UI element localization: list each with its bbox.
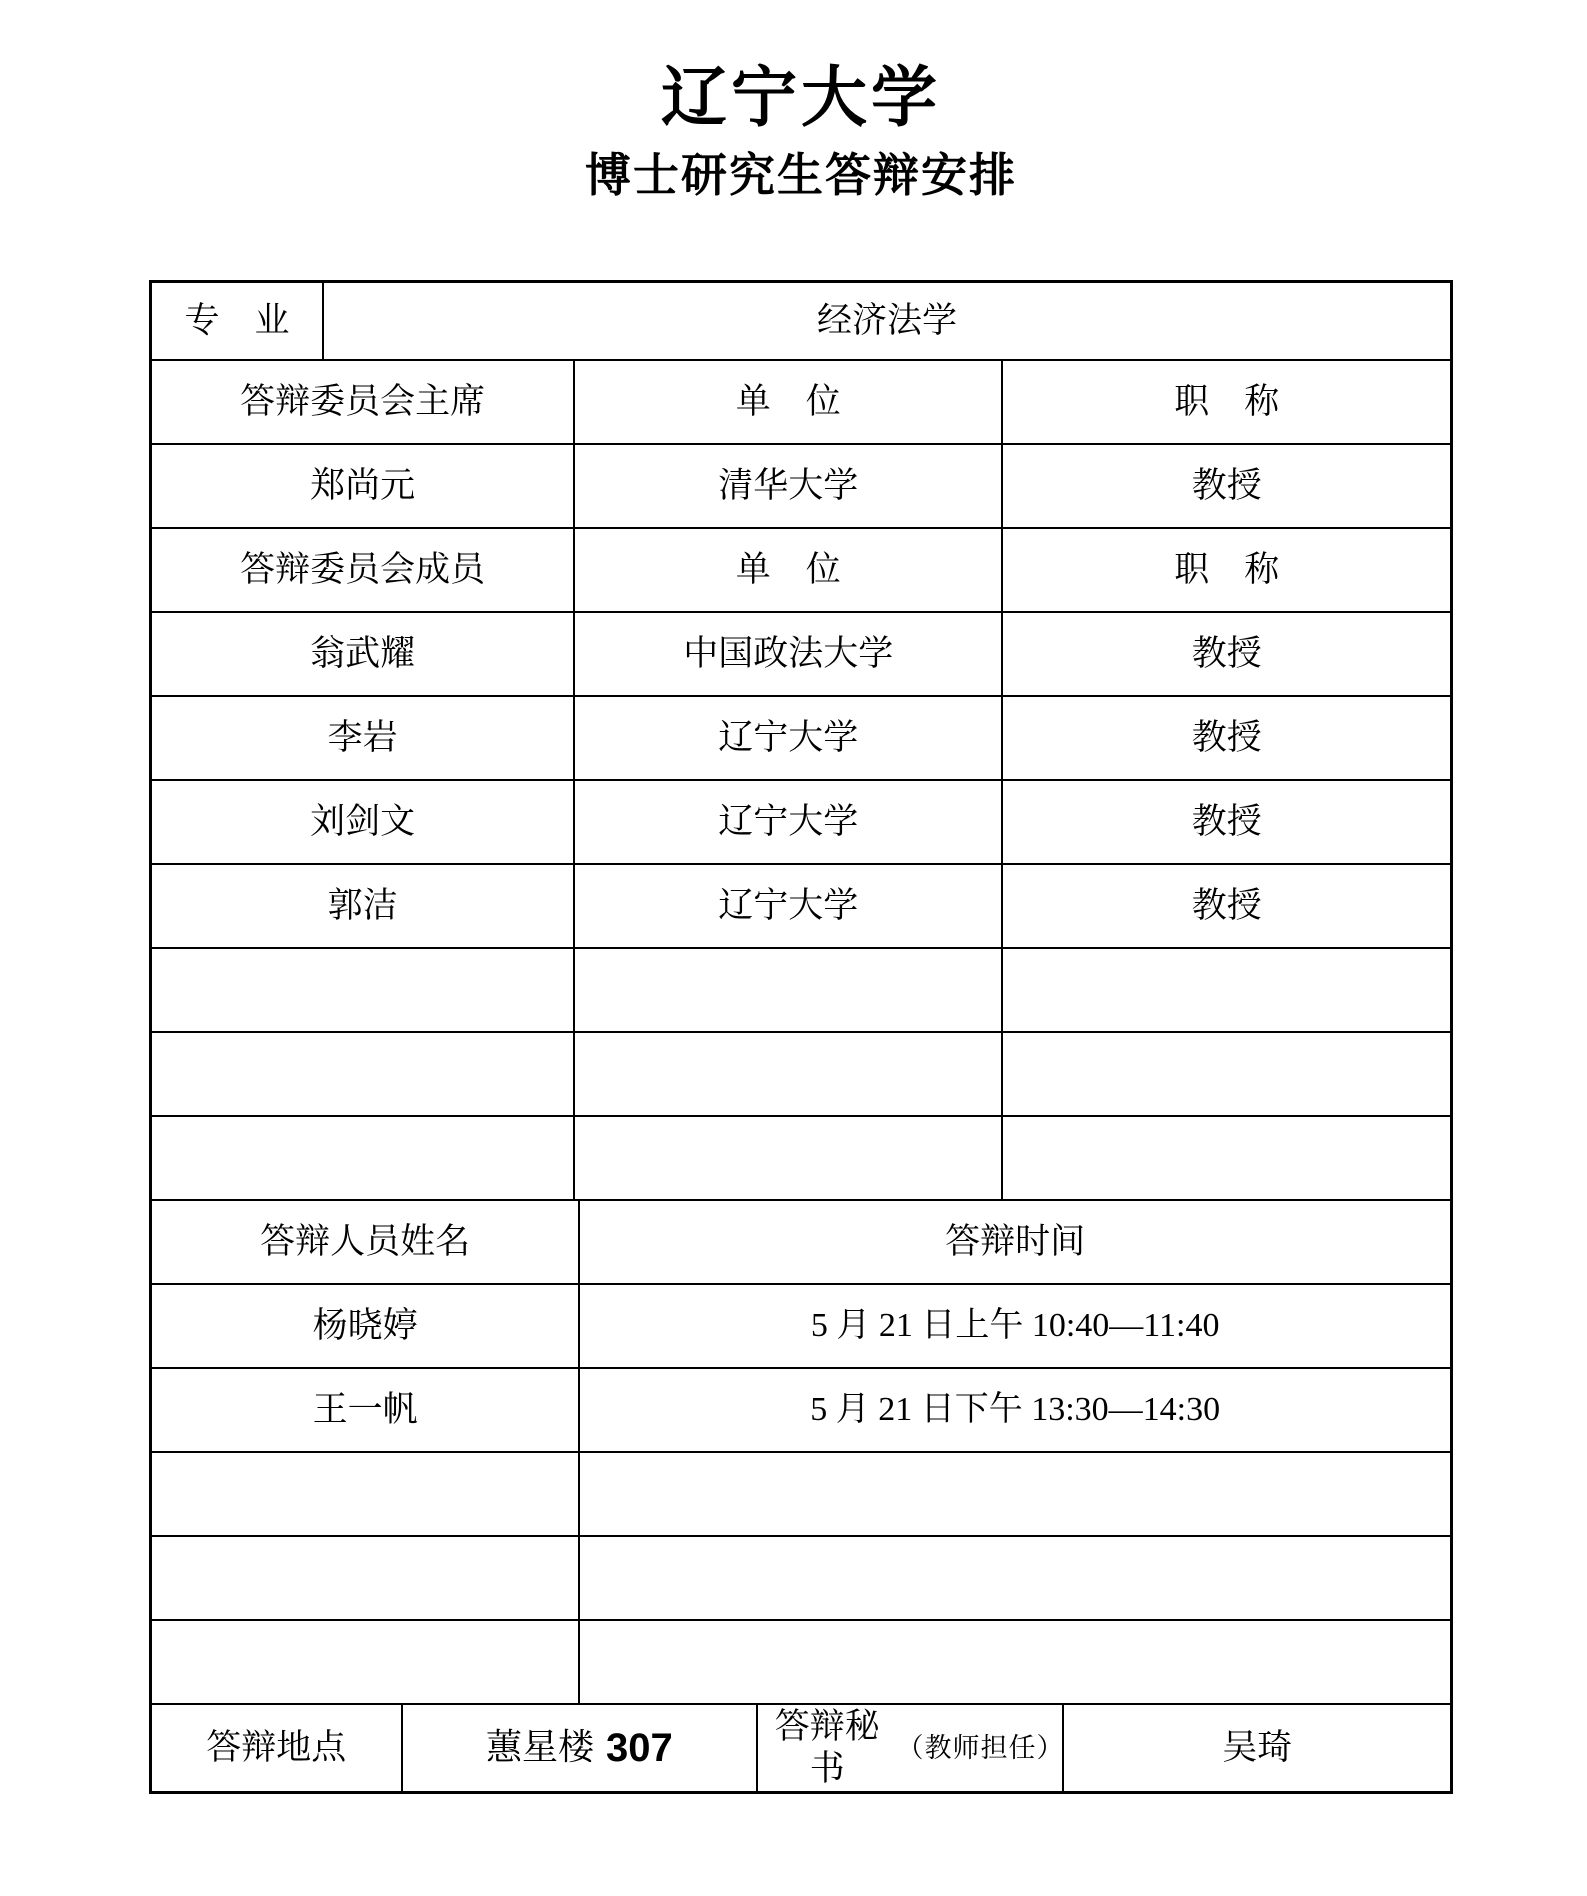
cell-chair-header-name: 答辩委员会主席 bbox=[152, 361, 575, 443]
member-row-empty bbox=[152, 949, 1450, 1033]
cell-defense-header-time: 答辩时间 bbox=[580, 1201, 1450, 1283]
cell-member-name: 翁武耀 bbox=[152, 613, 575, 695]
cell-member-name: 郭洁 bbox=[152, 865, 575, 947]
secretary-note: （教师担任） bbox=[896, 1732, 1062, 1764]
cell-member-unit bbox=[575, 1033, 1003, 1115]
cell-member-name bbox=[152, 1117, 575, 1199]
defense-row: 王一帆 5 月 21 日下午 13:30—14:30 bbox=[152, 1369, 1450, 1453]
defense-row: 杨晓婷 5 月 21 日上午 10:40—11:40 bbox=[152, 1285, 1450, 1369]
cell-member-header-title: 职 称 bbox=[1003, 529, 1450, 611]
cell-chair-header-unit: 单 位 bbox=[575, 361, 1003, 443]
row-major: 专 业 经济法学 bbox=[152, 283, 1450, 361]
member-row: 郭洁 辽宁大学 教授 bbox=[152, 865, 1450, 949]
cell-chair-header-title: 职 称 bbox=[1003, 361, 1450, 443]
cell-secretary-label: 答辩秘书 （教师担任） bbox=[758, 1705, 1064, 1791]
cell-defense-time: 5 月 21 日下午 13:30—14:30 bbox=[580, 1369, 1450, 1451]
cell-member-title: 教授 bbox=[1003, 781, 1450, 863]
member-row-empty bbox=[152, 1033, 1450, 1117]
cell-major-label: 专 业 bbox=[152, 283, 324, 359]
cell-location-value: 蕙星楼 307 bbox=[403, 1705, 759, 1791]
location-name: 蕙星楼 bbox=[486, 1726, 594, 1769]
cell-defense-name: 王一帆 bbox=[152, 1369, 580, 1451]
cell-location-label: 答辩地点 bbox=[152, 1705, 403, 1791]
cell-defense-time bbox=[580, 1453, 1450, 1535]
defense-row-empty bbox=[152, 1621, 1450, 1705]
cell-secretary-name: 吴琦 bbox=[1064, 1705, 1450, 1791]
cell-defense-header-name: 答辩人员姓名 bbox=[152, 1201, 580, 1283]
cell-chair-unit: 清华大学 bbox=[575, 445, 1003, 527]
cell-member-unit: 中国政法大学 bbox=[575, 613, 1003, 695]
cell-member-name bbox=[152, 1033, 575, 1115]
row-chair: 郑尚元 清华大学 教授 bbox=[152, 445, 1450, 529]
cell-member-title bbox=[1003, 949, 1450, 1031]
member-row: 翁武耀 中国政法大学 教授 bbox=[152, 613, 1450, 697]
member-row-empty bbox=[152, 1117, 1450, 1201]
defense-row-empty bbox=[152, 1537, 1450, 1621]
row-member-header: 答辩委员会成员 单 位 职 称 bbox=[152, 529, 1450, 613]
cell-member-unit: 辽宁大学 bbox=[575, 697, 1003, 779]
member-row: 李岩 辽宁大学 教授 bbox=[152, 697, 1450, 781]
cell-defense-time: 5 月 21 日上午 10:40—11:40 bbox=[580, 1285, 1450, 1367]
cell-member-unit: 辽宁大学 bbox=[575, 781, 1003, 863]
cell-member-name: 刘剑文 bbox=[152, 781, 575, 863]
cell-member-name bbox=[152, 949, 575, 1031]
secretary-label: 答辩秘书 bbox=[758, 1706, 896, 1790]
cell-chair-name: 郑尚元 bbox=[152, 445, 575, 527]
cell-member-title: 教授 bbox=[1003, 613, 1450, 695]
cell-chair-title: 教授 bbox=[1003, 445, 1450, 527]
cell-member-unit bbox=[575, 949, 1003, 1031]
cell-defense-name bbox=[152, 1621, 580, 1703]
page-title: 辽宁大学 bbox=[149, 60, 1453, 136]
cell-member-title bbox=[1003, 1117, 1450, 1199]
cell-major-value: 经济法学 bbox=[324, 283, 1450, 359]
member-row: 刘剑文 辽宁大学 教授 bbox=[152, 781, 1450, 865]
cell-defense-time bbox=[580, 1621, 1450, 1703]
cell-defense-name bbox=[152, 1453, 580, 1535]
row-chair-header: 答辩委员会主席 单 位 职 称 bbox=[152, 361, 1450, 445]
cell-defense-name bbox=[152, 1537, 580, 1619]
cell-member-header-unit: 单 位 bbox=[575, 529, 1003, 611]
cell-member-header-name: 答辩委员会成员 bbox=[152, 529, 575, 611]
defense-row-empty bbox=[152, 1453, 1450, 1537]
location-room-number: 307 bbox=[606, 1724, 673, 1772]
row-defense-header: 答辩人员姓名 答辩时间 bbox=[152, 1201, 1450, 1285]
row-footer: 答辩地点 蕙星楼 307 答辩秘书 （教师担任） 吴琦 bbox=[152, 1705, 1450, 1791]
defense-schedule-table: 专 业 经济法学 答辩委员会主席 单 位 职 称 郑尚元 清华大学 教授 答辩委… bbox=[149, 280, 1453, 1794]
cell-defense-name: 杨晓婷 bbox=[152, 1285, 580, 1367]
cell-member-title: 教授 bbox=[1003, 697, 1450, 779]
cell-member-title bbox=[1003, 1033, 1450, 1115]
cell-member-unit: 辽宁大学 bbox=[575, 865, 1003, 947]
page-subtitle: 博士研究生答辩安排 bbox=[149, 150, 1453, 201]
cell-defense-time bbox=[580, 1537, 1450, 1619]
cell-member-unit bbox=[575, 1117, 1003, 1199]
cell-member-name: 李岩 bbox=[152, 697, 575, 779]
cell-member-title: 教授 bbox=[1003, 865, 1450, 947]
